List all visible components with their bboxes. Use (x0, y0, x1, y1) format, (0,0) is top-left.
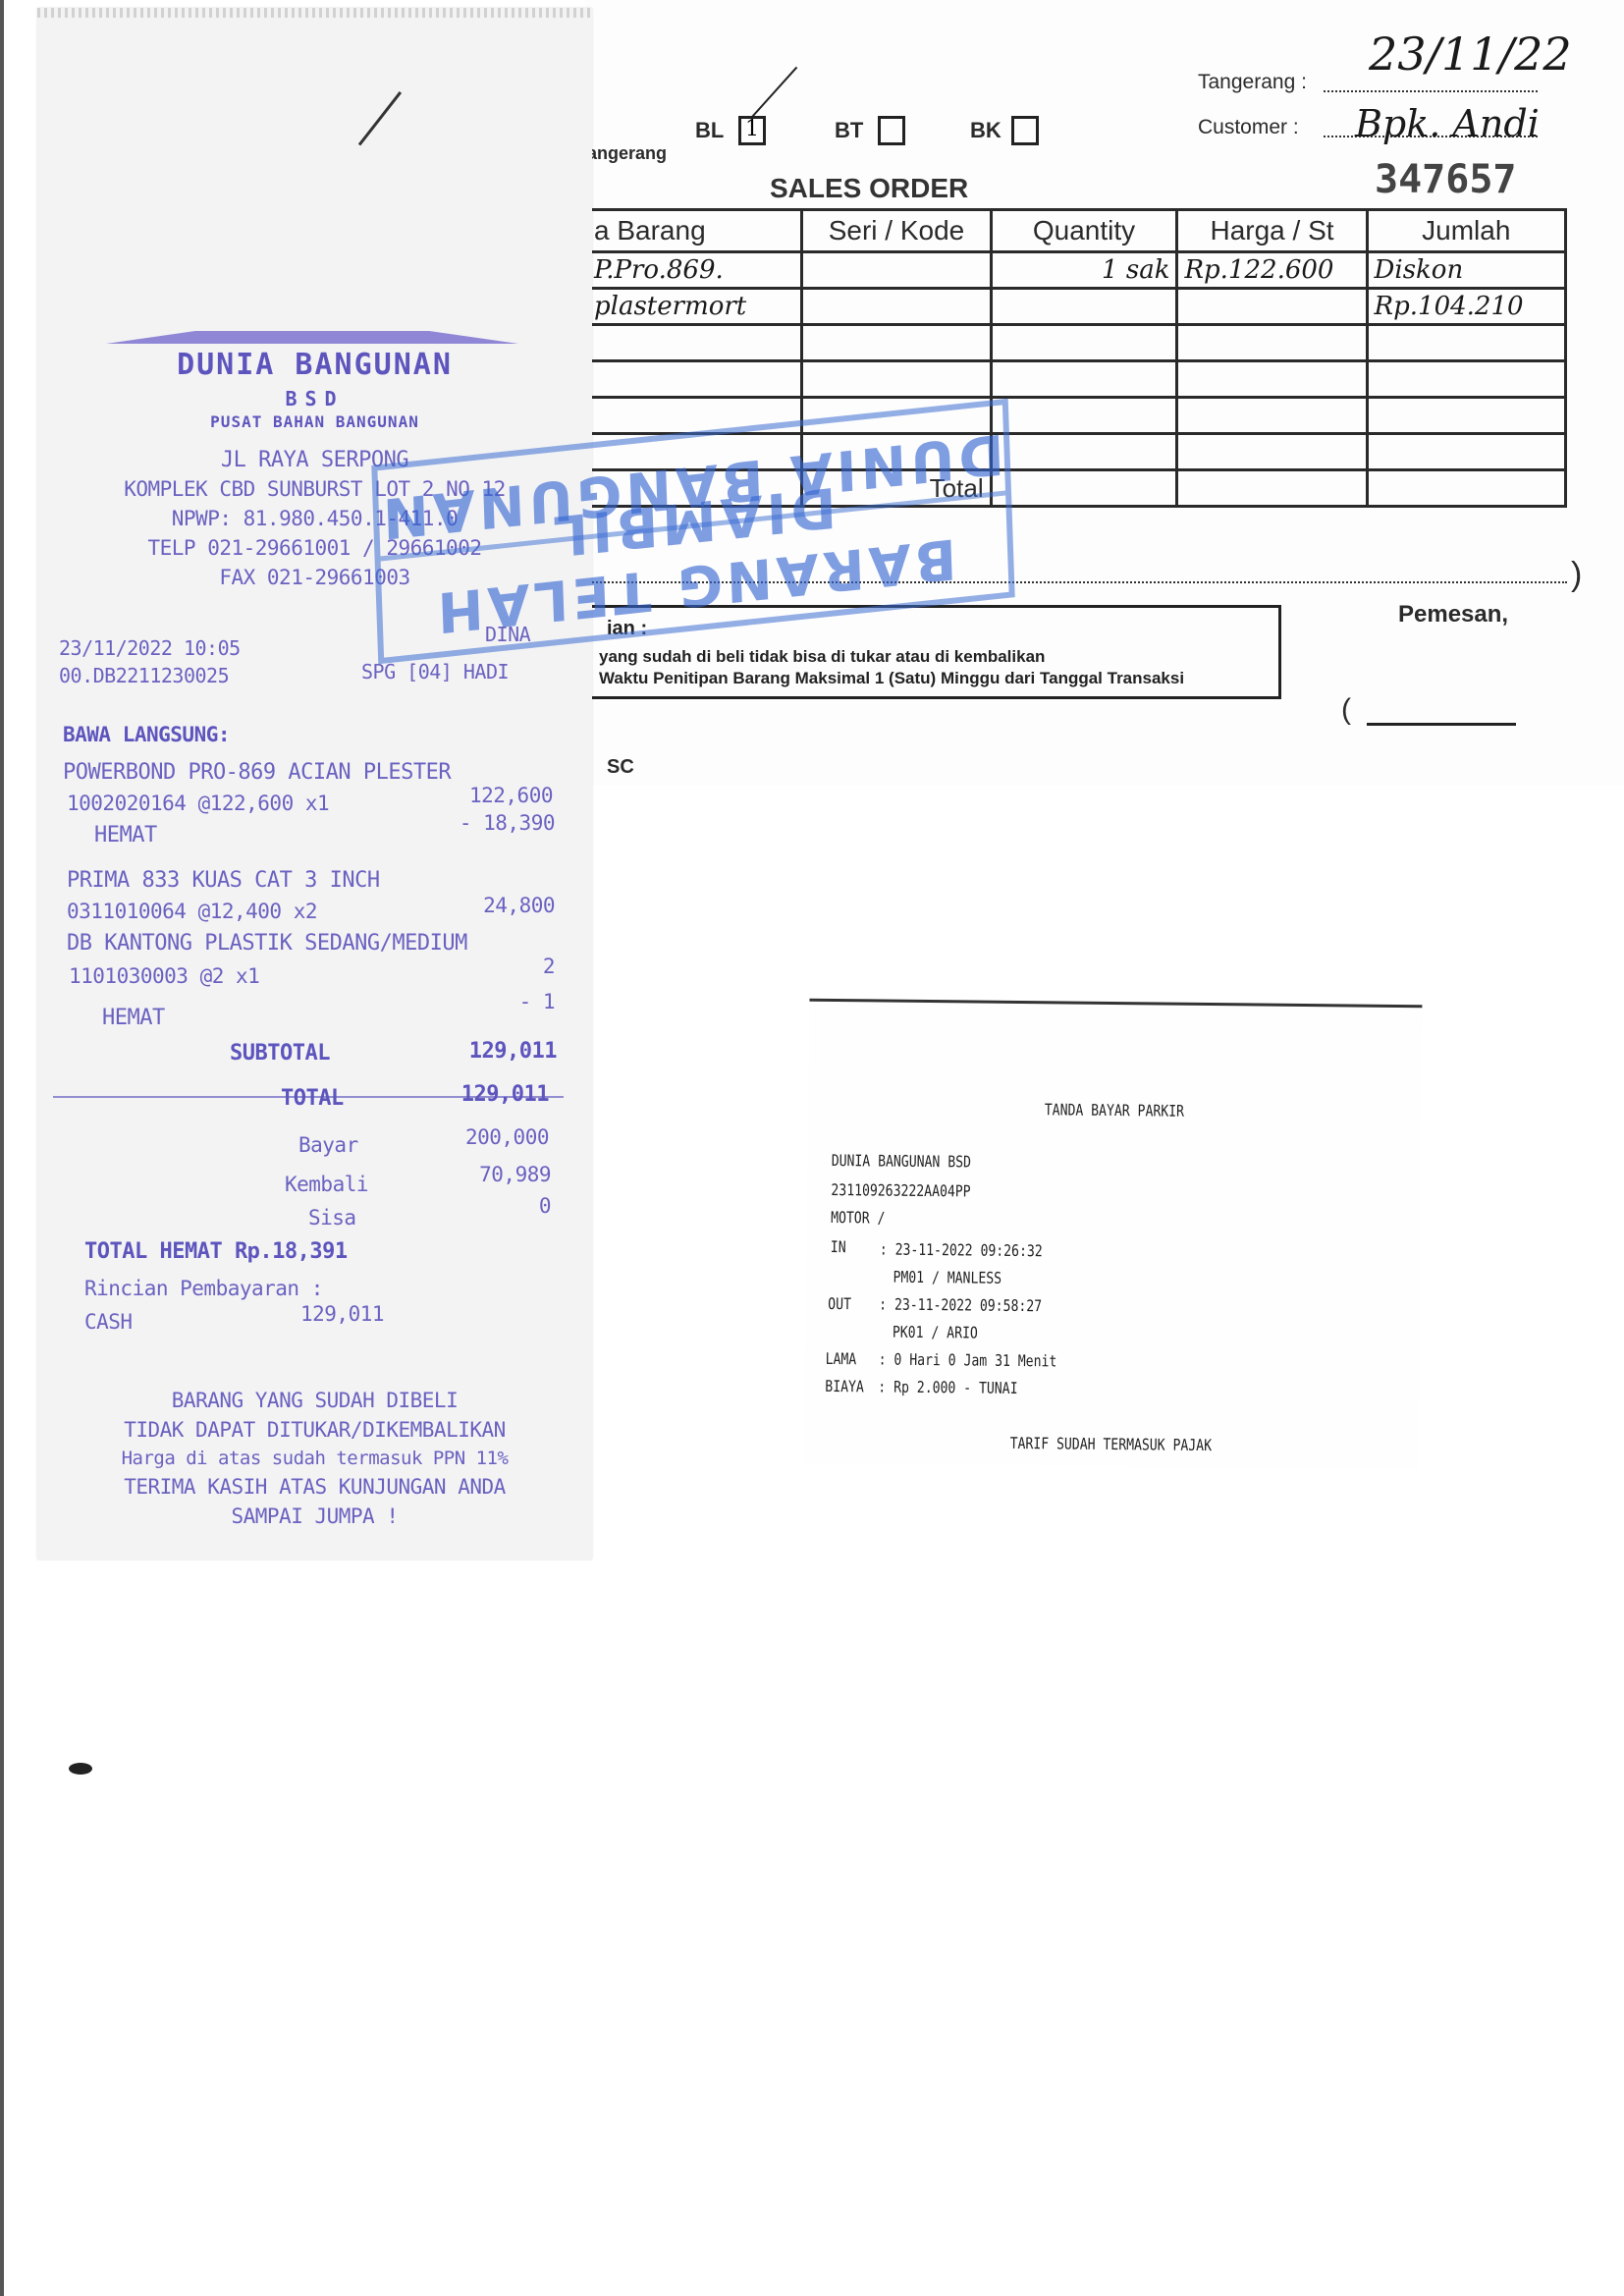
table-row: P.Pro.869.1 sakRp.122.600Diskon (587, 252, 1566, 289)
payment-method: CASH (84, 1310, 133, 1334)
cell-price (1177, 361, 1367, 398)
check-mark-icon (751, 67, 797, 118)
store-name: DUNIA BANGUNAN (37, 348, 592, 382)
signature-line (1367, 723, 1516, 726)
cell-code (802, 252, 991, 289)
table-row (587, 361, 1566, 398)
item-line: 1101030003 @2 x1 (69, 964, 259, 988)
signature-open-paren: ( (1341, 693, 1351, 727)
column-header: Harga / St (1177, 210, 1367, 252)
cell-qty (991, 434, 1177, 470)
cell-qty (991, 289, 1177, 325)
table-row (587, 325, 1566, 361)
item-amount: 24,800 (483, 894, 555, 917)
total-cell (991, 470, 1177, 507)
tear-edge (37, 8, 592, 18)
store-tagline: PUSAT BAHAN BANGUNAN (37, 412, 592, 431)
cell-price: Rp.122.600 (1177, 252, 1367, 289)
option-bl-checkbox[interactable]: 1 (738, 116, 766, 145)
cell-qty (991, 325, 1177, 361)
orderer-label: Pemesan, (1398, 601, 1508, 629)
cell-total: Diskon (1367, 252, 1565, 289)
option-bt-label: BT (835, 118, 863, 143)
item-amount: 2 (543, 955, 555, 978)
cell-total (1367, 325, 1565, 361)
parking-footer: TARIF SUDAH TERMASUK PAJAK (805, 1432, 1417, 1457)
column-header: Jumlah (1367, 210, 1565, 252)
ticket-id: 231109263222AA04PP (831, 1180, 970, 1200)
in-label: IN (831, 1237, 846, 1256)
column-header: Seri / Kode (802, 210, 991, 252)
pos-receipt: DUNIA BANGUNAN BSD PUSAT BAHAN BANGUNAN … (37, 8, 592, 1559)
cell-code (802, 289, 991, 325)
cell-code (802, 361, 991, 398)
parking-title: TANDA BAYAR PARKIR (808, 1098, 1420, 1123)
in-time: : 23-11-2022 09:26:32 (880, 1240, 1043, 1261)
customer-label: Customer : (1198, 116, 1299, 139)
change-label: Kembali (285, 1173, 368, 1196)
remaining-label: Sisa (308, 1206, 356, 1230)
order-date: 23/11/22 (1369, 27, 1572, 81)
footer-line: BARANG YANG SUDAH DIBELI (37, 1389, 592, 1412)
cell-item: plastermort (587, 289, 802, 325)
cell-code (802, 325, 991, 361)
option-bk-checkbox[interactable] (1011, 116, 1039, 145)
customer-name: Bpk. Andi (1355, 102, 1540, 145)
close-paren: ) (1571, 556, 1582, 594)
total-amount: 129,011 (461, 1082, 549, 1107)
option-bl-label: BL (695, 118, 724, 143)
footer-fragment: SC (607, 756, 634, 779)
cell-total (1367, 398, 1565, 434)
cell-price (1177, 289, 1367, 325)
cell-item: P.Pro.869. (587, 252, 802, 289)
footer-line: Harga di atas sudah termasuk PPN 11% (37, 1448, 592, 1469)
document-title: SALES ORDER (770, 173, 968, 204)
item-name: PRIMA 833 KUAS CAT 3 INCH (67, 868, 380, 893)
section-label: BAWA LANGSUNG: (63, 723, 230, 746)
total-cell (1367, 470, 1565, 507)
parking-receipt: TANDA BAYAR PARKIR DUNIA BANGUNAN BSD 23… (805, 999, 1423, 1470)
order-number: 347657 (1375, 157, 1517, 202)
cell-price (1177, 434, 1367, 470)
payment-details-label: Rincian Pembayaran : (84, 1277, 323, 1300)
total-cell (1177, 470, 1367, 507)
footer-line: SAMPAI JUMPA ! (37, 1504, 592, 1528)
option-bk-label: BK (970, 118, 1001, 143)
table-row: plastermortRp.104.210 (587, 289, 1566, 325)
in-gate: PM01 / MANLESS (893, 1268, 1001, 1287)
store-logo-roof-icon (106, 320, 518, 344)
cell-total: Rp.104.210 (1367, 289, 1565, 325)
footer-line: TERIMA KASIH ATAS KUNJUNGAN ANDA (37, 1475, 592, 1499)
column-header: a Barang (587, 210, 802, 252)
note-line: Waktu Penitipan Barang Maksimal 1 (Satu)… (599, 669, 1184, 688)
item-line: 0311010064 @12,400 x2 (67, 900, 317, 923)
city-label: Tangerang : (1198, 71, 1307, 94)
parking-location: DUNIA BANGUNAN BSD (832, 1151, 971, 1171)
transaction-id: 00.DB2211230025 (59, 664, 229, 687)
item-name: POWERBOND PRO-869 ACIAN PLESTER (63, 760, 451, 785)
subtotal-label: SUBTOTAL (230, 1041, 330, 1066)
staple-icon (358, 91, 402, 145)
fee-label: BIAYA (825, 1377, 864, 1395)
cell-price (1177, 398, 1367, 434)
duration: : 0 Hari 0 Jam 31 Menit (879, 1350, 1057, 1371)
paid-label: Bayar (298, 1133, 358, 1157)
sales-order: Tangerang : 23/11/22 Customer : Bpk. And… (585, 0, 1624, 786)
remaining-amount: 0 (539, 1194, 551, 1218)
note-line: yang sudah di beli tidak bisa di tukar a… (599, 647, 1045, 667)
footer-line: TIDAK DAPAT DITUKAR/DIKEMBALIKAN (37, 1418, 592, 1442)
item-amount: 122,600 (469, 784, 553, 807)
cell-qty: 1 sak (991, 252, 1177, 289)
item-line: 1002020164 @122,600 x1 (67, 792, 329, 815)
cell-total (1367, 434, 1565, 470)
discount-label: HEMAT (102, 1006, 165, 1030)
cell-price (1177, 325, 1367, 361)
payment-amount: 129,011 (300, 1302, 384, 1326)
total-savings: TOTAL HEMAT Rp.18,391 (84, 1239, 348, 1264)
cell-item (587, 361, 802, 398)
store-branch: BSD (37, 387, 592, 410)
subtotal-amount: 129,011 (469, 1039, 557, 1064)
cell-total (1367, 361, 1565, 398)
paid-amount: 200,000 (465, 1125, 549, 1149)
column-header: Quantity (991, 210, 1177, 252)
item-name: DB KANTONG PLASTIK SEDANG/MEDIUM (67, 931, 467, 956)
change-amount: 70,989 (479, 1163, 551, 1186)
fee: : Rp 2.000 - TUNAI (878, 1377, 1017, 1396)
cell-item (587, 325, 802, 361)
cell-qty (991, 398, 1177, 434)
transaction-datetime: 23/11/2022 10:05 (59, 636, 241, 660)
vehicle-type: MOTOR / (831, 1208, 885, 1228)
cell-qty (991, 361, 1177, 398)
duration-label: LAMA (826, 1349, 857, 1368)
ink-blot (69, 1763, 92, 1775)
option-bt-checkbox[interactable] (878, 116, 905, 145)
out-gate: PK01 / ARIO (893, 1323, 978, 1342)
address-fragment: angerang (587, 143, 667, 164)
out-label: OUT (828, 1294, 851, 1313)
scan-edge (0, 0, 4, 2296)
item-discount: - 18,390 (460, 811, 555, 835)
out-time: : 23-11-2022 09:58:27 (879, 1295, 1042, 1316)
item-discount: - 1 (519, 990, 555, 1013)
discount-label: HEMAT (94, 823, 157, 847)
total-label: TOTAL (281, 1086, 344, 1111)
